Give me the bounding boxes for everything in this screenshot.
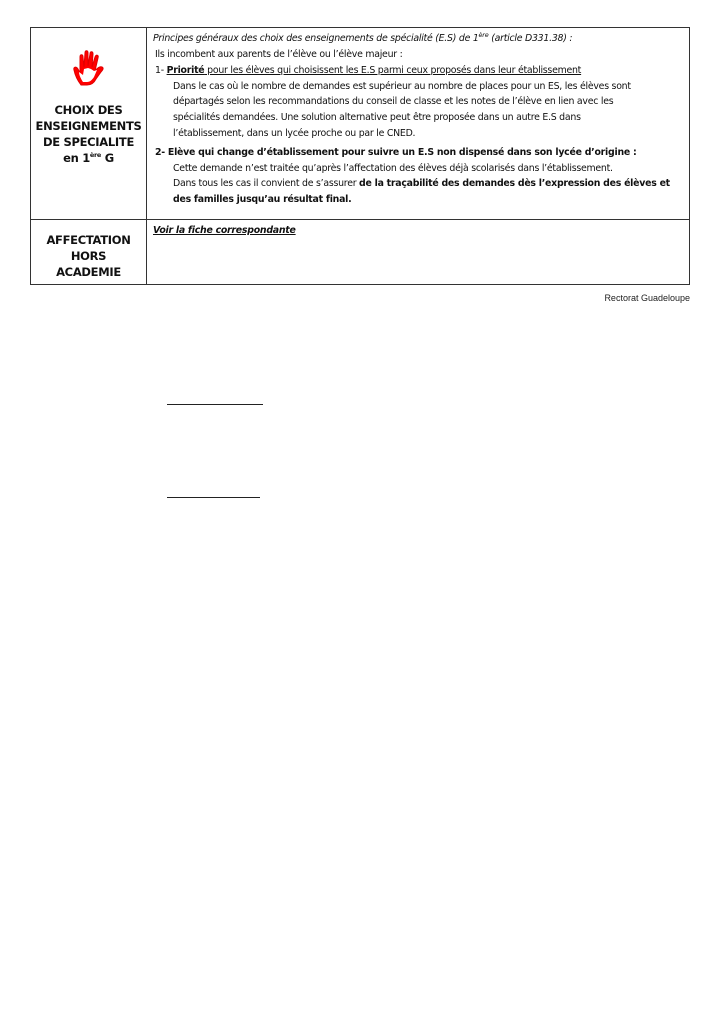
red-hand-stop-icon <box>69 48 109 88</box>
item-2-body-line: Dans tous les cas il convient de s’assur… <box>153 176 683 192</box>
row-label-text: CHOIX DES ENSEIGNEMENTS DE SPECIALITE en… <box>31 98 146 166</box>
item-1-rest: pour les élèves qui choisissent les E.S … <box>204 65 581 76</box>
item-1-body-line: Dans le cas où le nombre de demandes est… <box>153 79 683 95</box>
horizontal-rule <box>167 497 260 498</box>
item-1-number: 1- <box>155 65 167 76</box>
label-line: AFFECTATION <box>31 232 146 248</box>
label-line: CHOIX DES <box>31 102 146 118</box>
item-1-body-line: départagés selon les recommandations du … <box>153 94 683 110</box>
footer-rectorat: Rectorat Guadeloupe <box>604 293 690 303</box>
item-1-body-line: spécialités demandées. Une solution alte… <box>153 110 683 126</box>
specialty-choice-table: CHOIX DES ENSEIGNEMENTS DE SPECIALITE en… <box>30 27 690 285</box>
principles-title-text: Principes généraux des choix des enseign… <box>153 33 479 44</box>
table-row-out-of-academy: AFFECTATION HORS ACADEMIE Voir la fiche … <box>31 220 690 285</box>
principles-title: Principes généraux des choix des enseign… <box>153 31 683 47</box>
row-label-text: AFFECTATION HORS ACADEMIE <box>31 220 146 280</box>
horizontal-rule <box>167 404 263 405</box>
see-corresponding-sheet-link[interactable]: Voir la fiche correspondante <box>153 225 296 236</box>
item-1-body-line: l’établissement, dans un lycée proche ou… <box>153 126 683 142</box>
item-1-keyword: Priorité <box>167 65 205 76</box>
item-1-heading: 1- Priorité pour les élèves qui choisiss… <box>153 63 683 79</box>
item-2-body-bold: de la traçabilité des demandes dès l’exp… <box>359 178 670 189</box>
row-label-specialty: CHOIX DES ENSEIGNEMENTS DE SPECIALITE en… <box>31 28 147 220</box>
label-grade-sup: ère <box>90 151 101 159</box>
item-2-body-line: des familles jusqu’au résultat final. <box>153 192 683 208</box>
item-2-heading: 2- Elève qui change d’établissement pour… <box>153 145 683 161</box>
label-line: DE SPECIALITE <box>31 134 146 150</box>
row-label-out-of-academy: AFFECTATION HORS ACADEMIE <box>31 220 147 285</box>
label-grade-prefix: en 1 <box>63 151 90 165</box>
principles-title-sup: ère <box>479 31 489 39</box>
label-line: en 1ère G <box>31 150 146 166</box>
label-line: ACADEMIE <box>31 264 146 280</box>
item-2-body-line: Cette demande n’est traitée qu’après l’a… <box>153 161 683 177</box>
principles-subtitle: Ils incombent aux parents de l’élève ou … <box>153 47 683 63</box>
principles-title-article: (article D331.38) : <box>488 33 572 44</box>
label-line: HORS <box>31 248 146 264</box>
item-2-body-normal: Dans tous les cas il convient de s’assur… <box>173 178 359 189</box>
row-content-specialty: Principes généraux des choix des enseign… <box>147 28 690 220</box>
row-content-out-of-academy: Voir la fiche correspondante <box>147 220 690 285</box>
table-row-specialty-choice: CHOIX DES ENSEIGNEMENTS DE SPECIALITE en… <box>31 28 690 220</box>
label-grade-suffix: G <box>101 151 114 165</box>
label-line: ENSEIGNEMENTS <box>31 118 146 134</box>
